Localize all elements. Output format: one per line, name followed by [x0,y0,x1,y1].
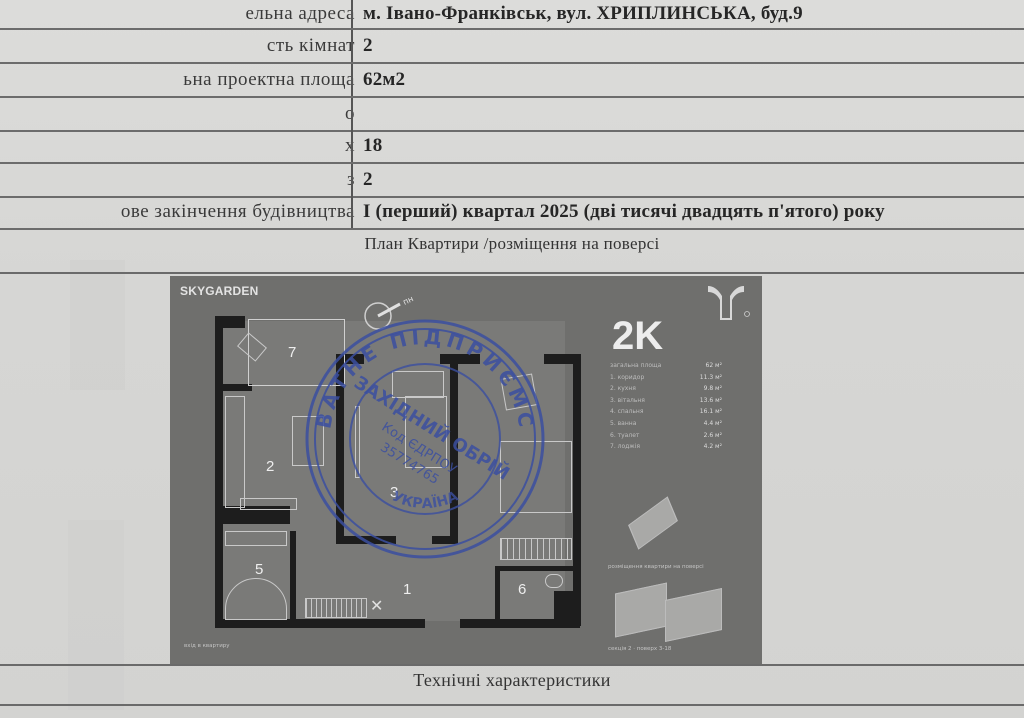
rooms-value: 2 [363,30,373,62]
divider [0,664,1024,666]
document-page: ельна адреса м. Івано-Франківськ, вул. Х… [0,0,1024,718]
legend-room-area: 4.4 м² [704,420,722,432]
floor-value: 2 [363,164,373,196]
legend-room-name: 5. ванна [610,420,636,432]
floorplan-image: SKYGARDEN [170,276,762,664]
watermark-logo [70,260,125,390]
area-value: 62м2 [363,64,405,96]
row-label: х [0,130,355,162]
legend-row: 6. туалет2.6 м² [610,432,722,444]
brand-logo-icon [702,282,750,322]
section-caption: секція 2 · поверх 3-18 [608,646,671,652]
legend-row: загальна площа62 м² [610,362,722,374]
row-label: о [0,98,355,130]
legend-row: 7. лоджія4.2 м² [610,443,722,455]
address-value: м. Івано-Франківськ, вул. ХРИПЛИНСЬКА, б… [363,0,803,28]
svg-text:ЗАХІДНИЙ ОБРІЙ: ЗАХІДНИЙ ОБРІЙ [350,371,513,484]
legend-room-name: 6. туалет [610,432,639,444]
floor-location-diagram [628,496,678,549]
legend-room-area: 11.3 м² [700,374,722,386]
table-row: сть кімнат 2 [0,30,1024,64]
divider [0,704,1024,706]
legend-row: 3. вітальня13.6 м² [610,397,722,409]
table-row: х 18 [0,130,1024,164]
tech-heading: Технічні характеристики [0,670,1024,691]
floors-value: 18 [363,130,382,162]
legend-room-name: загальна площа [610,362,661,374]
table-row: о [0,98,1024,132]
plan-heading: План Квартири /розміщення на поверсі [0,234,1024,254]
area-legend: загальна площа62 м²1. коридор11.3 м²2. к… [610,362,722,455]
row-label: сть кімнат [0,30,355,62]
legend-room-area: 16.1 м² [700,408,722,420]
legend-room-area: 9.8 м² [704,385,722,397]
row-label: ьна проектна площа [0,64,355,96]
completion-value: I (перший) квартал 2025 (дві тисячі двад… [363,196,885,228]
legend-room-name: 2. кухня [610,385,636,397]
table-row: з 2 [0,164,1024,198]
table-row: ове закінчення будівництва I (перший) кв… [0,196,1024,230]
apartment-type: 2K [612,314,663,359]
legend-row: 2. кухня9.8 м² [610,385,722,397]
legend-room-name: 7. лоджія [610,443,640,455]
row-label: ове закінчення будівництва [0,196,355,228]
room-number: 6 [518,581,526,598]
location-caption: розміщення квартири на поверсі [608,564,704,570]
table-row: ьна проектна площа 62м2 [0,64,1024,98]
room-number: 1 [403,581,411,598]
building-diagram [615,582,667,637]
legend-room-area: 62 м² [706,362,722,374]
legend-room-area: 13.6 м² [700,397,722,409]
room-number: 5 [255,561,263,578]
legend-row: 5. ванна4.4 м² [610,420,722,432]
brand-name: SKYGARDEN [180,284,258,298]
legend-room-name: 4. спальня [610,408,643,420]
divider [0,272,1024,274]
entry-caption: вхід в квартиру [184,643,230,649]
stamp-seal: ПРИВАТНЕ ПІДПРИЄМСТВО ЗАХІДНИЙ ОБРІЙ Код… [300,314,550,564]
legend-row: 4. спальня16.1 м² [610,408,722,420]
legend-row: 1. коридор11.3 м² [610,374,722,386]
room-number: 2 [266,458,274,475]
legend-room-area: 2.6 м² [704,432,722,444]
row-label: ельна адреса [0,0,355,28]
legend-room-name: 1. коридор [610,374,644,386]
legend-room-name: 3. вітальня [610,397,645,409]
room-number: 7 [288,344,296,361]
row-label: з [0,164,355,196]
table-row: ельна адреса м. Івано-Франківськ, вул. Х… [0,0,1024,30]
entry-mark-icon: ✕ [370,596,383,615]
legend-room-area: 4.2 м² [704,443,722,455]
